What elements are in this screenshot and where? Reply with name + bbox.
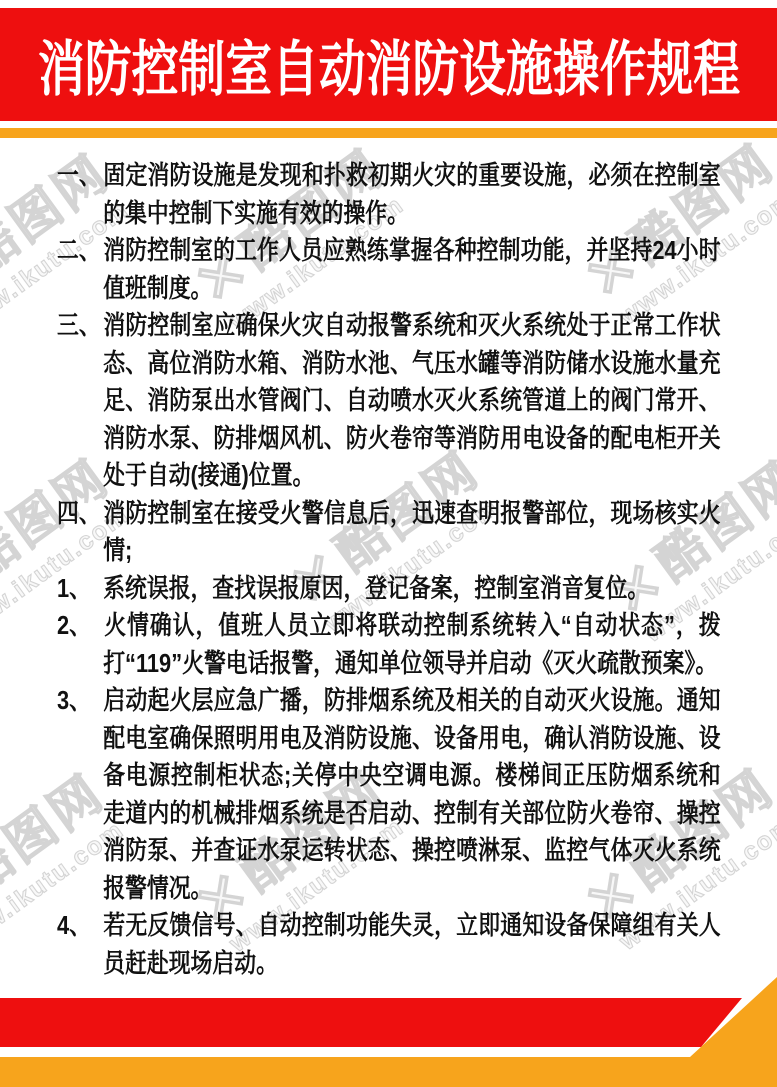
header-banner: 消防控制室自动消防设施操作规程	[0, 8, 777, 121]
footer-red-band	[0, 998, 742, 1047]
rule-item-text: 固定消防设施是发现和扑救初期火灾的重要设施，必须在控制室的集中控制下实施有效的操…	[103, 160, 720, 228]
rule-item: 四、消防控制室在接受火警信息后，迅速查明报警部位，现场核实火情;	[57, 495, 721, 570]
rule-item: 1、系统误报，查找误报原因，登记备案，控制室消音复位。	[57, 570, 721, 608]
rule-item-text: 消防控制室在接受火警信息后，迅速查明报警部位，现场核实火情;	[103, 498, 720, 566]
rule-item-marker: 3、	[57, 682, 103, 720]
rule-item-text: 启动起火层应急广播，防排烟系统及相关的自动灭火设施。通知配电室确保照明用电及消防…	[103, 685, 720, 903]
rule-item: 三、消防控制室应确保火灾自动报警系统和灭火系统处于正常工作状态、高位消防水箱、消…	[57, 307, 721, 495]
rule-item-text: 火情确认，值班人员立即将联动控制系统转入“自动状态”，拨打“119”火警电话报警…	[103, 610, 720, 678]
rule-item-marker: 四、	[57, 495, 103, 533]
rule-item-marker: 4、	[57, 907, 103, 945]
rule-item-text: 若无反馈信号、自动控制功能失灵，立即通知设备保障组有关人员赶赴现场启动。	[103, 910, 720, 978]
rules-list: 一、固定消防设施是发现和扑救初期火灾的重要设施，必须在控制室的集中控制下实施有效…	[57, 157, 721, 982]
rule-item-marker: 三、	[57, 307, 103, 345]
rule-item-text: 系统误报，查找误报原因，登记备案，控制室消音复位。	[103, 573, 649, 603]
rule-item: 3、启动起火层应急广播，防排烟系统及相关的自动灭火设施。通知配电室确保照明用电及…	[57, 682, 721, 907]
rule-item-text: 消防控制室的工作人员应熟练掌握各种控制功能，并坚持24小时值班制度。	[103, 235, 720, 303]
page-title: 消防控制室自动消防设施操作规程	[38, 22, 740, 108]
rule-item-text: 消防控制室应确保火灾自动报警系统和灭火系统处于正常工作状态、高位消防水箱、消防水…	[103, 310, 720, 490]
rule-item: 2、火情确认，值班人员立即将联动控制系统转入“自动状态”，拨打“119”火警电话…	[57, 607, 721, 682]
rule-item: 一、固定消防设施是发现和扑救初期火灾的重要设施，必须在控制室的集中控制下实施有效…	[57, 157, 721, 232]
poster-page: { "header": { "title": "消防控制室自动消防设施操作规程"…	[0, 0, 777, 1087]
rule-item-marker: 二、	[57, 232, 103, 270]
rule-item-marker: 1、	[57, 570, 103, 608]
rule-item: 二、消防控制室的工作人员应熟练掌握各种控制功能，并坚持24小时值班制度。	[57, 232, 721, 307]
rule-item-marker: 一、	[57, 157, 103, 195]
rule-item-marker: 2、	[57, 607, 103, 645]
header-accent-stripe	[0, 128, 777, 138]
rule-item: 4、若无反馈信号、自动控制功能失灵，立即通知设备保障组有关人员赶赴现场启动。	[57, 907, 721, 982]
